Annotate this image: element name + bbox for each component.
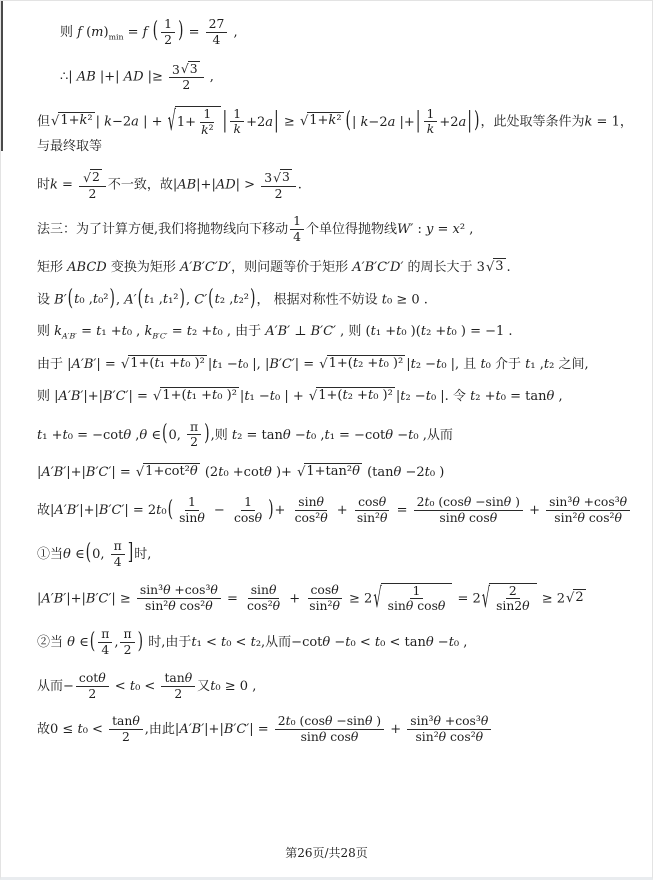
delimited-group: (1sinθ − 1cosθ) [167, 495, 275, 526]
fraction: sin³θ +cos³θsin²θ cos²θ [546, 495, 630, 526]
math-run: = [392, 503, 411, 518]
fraction: 1k [424, 107, 438, 138]
math-run: 1 [188, 495, 196, 509]
math-run: |t₁ −t₀ |, |B′C′| = [208, 357, 318, 372]
sqrt-radical: √3 [181, 61, 200, 77]
group-content: 1sinθ − 1cosθ [174, 495, 267, 526]
text-run: 但 [37, 114, 50, 129]
math-run: 2 [89, 187, 97, 201]
math-run: −cotθ −t₀ < t₀ < tanθ −t₀ , [291, 635, 467, 650]
text-run: 变换为矩形 [107, 260, 180, 275]
text-run: 法三：为了计算方便,我们将抛物线向下移动 [37, 222, 288, 237]
denominator: cos²θ [244, 599, 283, 614]
open-delimiter: ( [161, 419, 168, 450]
sqrt-radical: √3 [273, 169, 292, 185]
numerator: 27 [206, 17, 228, 33]
math-run: sinθ [251, 583, 277, 597]
close-delimiter: ) [267, 495, 274, 526]
delimited-group: |1k+2a| [415, 107, 473, 138]
group-content: 0, π4 [92, 539, 127, 570]
math-run: 2 [92, 170, 100, 184]
math-run: |t₂ −t₀ |, [406, 357, 459, 372]
math-run: ∴| AB |+| AD |≥ [60, 69, 167, 84]
fraction: π4 [111, 539, 125, 570]
math-run: 3 [282, 170, 290, 184]
text-run: 故 [37, 722, 50, 737]
group-content: 1k+2a [228, 107, 273, 138]
text-run: 则 [37, 389, 54, 404]
math-run: . [298, 178, 302, 193]
math-run: cosθ [234, 511, 262, 525]
math-run: 1 [427, 107, 435, 121]
numerator: sinθ [295, 495, 327, 511]
math-run: 2 [190, 435, 198, 449]
text-run: ①当 [37, 547, 63, 562]
fraction: cosθsin²θ [306, 583, 343, 614]
numerator: 1 [424, 107, 438, 123]
math-line-6: 矩形 ABCD 变换为矩形 A′B′C′D′，则问题等价于矩形 A′B′C′D′… [37, 258, 638, 277]
math-run: | k−2a | + [96, 114, 167, 129]
text-run: 个单位得抛物线 [306, 222, 397, 237]
math-run: t₁ ,t₂ [525, 357, 554, 372]
group-content: π4,π2 [96, 627, 136, 658]
denominator: sinθ [176, 511, 208, 526]
page-number: 第26页/共28页 [285, 846, 368, 860]
math-line-8: 则 kA′B′ = t₁ +t₀ , kB′C′ = t₂ +t₀ , 由于 A… [37, 323, 638, 342]
group-content: t₀ ,t₀² [74, 291, 108, 309]
math-run: , [206, 69, 214, 84]
numerator: 1 [161, 17, 175, 33]
sqrt-radical: √1+1k² [168, 106, 221, 138]
text-run: 之间, [554, 357, 588, 372]
math-run: 0, [92, 547, 109, 562]
radicand: 1sinθ cosθ [381, 583, 453, 615]
sqrt-radical: √1+k² [300, 112, 344, 129]
text-run: ，此处取等条件为 [481, 114, 585, 129]
math-run: t₀ ,t₀² [74, 292, 108, 307]
math-run: t₀ ≥ 0 . [382, 293, 428, 308]
open-delimiter: ( [89, 627, 96, 658]
math-run: 2 [275, 187, 283, 201]
math-run: 2t₀ (cosθ −sinθ ) [278, 714, 381, 728]
math-run: 4 [213, 33, 221, 47]
math-run: 0, [168, 427, 185, 442]
math-run: f (m) [77, 25, 108, 40]
math-run: t₂ = tanθ −t₀ ,t₁ = −cotθ −t₀ [232, 427, 419, 442]
math-run: t₀ [480, 357, 490, 372]
math-line-15: |A′B′|+|B′C′| ≥ sin³θ +cos³θsin²θ cos²θ … [37, 583, 638, 615]
math-content: 则 f (m)min = f (12) = 274 ,∴| AB |+| AD … [1, 1, 652, 745]
math-run: + [525, 503, 544, 518]
math-run: 4 [114, 555, 122, 569]
math-run: 2t₀ (cosθ −sinθ ) [417, 495, 520, 509]
radicand: 1+k² [58, 112, 94, 129]
sqrt-radical: √2sin2θ [482, 583, 537, 615]
math-run: 3 [190, 62, 198, 76]
math-run: , [114, 635, 118, 650]
document-page: 则 f (m)min = f (12) = 274 ,∴| AB |+| AD … [0, 0, 653, 880]
math-run: t₁ +t₀ = −cotθ ,θ ∈ [37, 427, 161, 442]
fraction: 12 [161, 17, 175, 48]
math-run: 1 [244, 495, 252, 509]
delimited-group: |1k+2a| [222, 107, 280, 138]
sqrt-radical: √2 [566, 589, 586, 606]
group-content: 1k+2a [422, 107, 467, 138]
math-run: k = 1 [585, 114, 620, 129]
math-run: 2 [174, 687, 182, 701]
text-run: ,由此 [145, 722, 175, 737]
fraction: tanθ2 [161, 671, 195, 702]
math-run: +2a [246, 114, 273, 129]
close-delimiter: ) [249, 284, 256, 315]
delimited-group: (0, π4] [85, 539, 135, 570]
delimited-group: (π4,π2) [89, 627, 144, 658]
math-run: sin³θ +cos³θ [410, 714, 488, 728]
group-content: t₁ ,t₁² [144, 291, 178, 309]
delimited-group: (12) [152, 17, 185, 48]
math-line-9: 由于 |A′B′| = √1+(t₁ +t₀ )²|t₁ −t₀ |, |B′C… [37, 355, 638, 374]
text-run: 从而 [37, 679, 63, 694]
sqrt-radical: √1+(t₂ +t₀ )² [319, 355, 405, 372]
numerator: 1 [410, 584, 424, 600]
subscript: min [109, 32, 124, 41]
numerator: π [187, 420, 201, 436]
radicand: 3 [280, 169, 292, 185]
math-run: t₀ ≥ 0 , [210, 679, 256, 694]
denominator: 2 [86, 187, 100, 202]
math-run: |t₁ −t₀ | + [240, 389, 308, 404]
close-delimiter: ) [473, 106, 480, 137]
math-run: θ ∈ [63, 547, 85, 562]
numerator: tanθ [109, 714, 143, 730]
numerator: sin³θ +cos³θ [546, 495, 630, 511]
open-delimiter: ( [85, 538, 92, 569]
radicand: 1+(t₂ +t₀ )² [316, 387, 395, 404]
open-delimiter: ( [152, 17, 159, 48]
math-run: π [114, 539, 122, 553]
radicand: 1+(t₂ +t₀ )² [327, 355, 406, 372]
delimited-group: (0, π2) [161, 420, 211, 451]
math-run: = t₁ +t₀ , k [77, 324, 152, 339]
math-run: + [285, 591, 304, 606]
math-run: = t₂ +t₀ , [168, 324, 231, 339]
denominator: 2 [187, 435, 201, 450]
denominator: 4 [111, 555, 125, 570]
math-run: 2 [182, 78, 190, 92]
text-run: ,从而 [261, 635, 291, 650]
delimited-group: (t₁ ,t₁²) [137, 290, 186, 310]
denominator: sin²θ cos²θ [551, 511, 625, 526]
sqrt-radical: √2 [83, 169, 102, 185]
math-run: sinθ [179, 511, 205, 525]
math-run: , A′ [116, 293, 137, 308]
math-run: |t₂ −t₀ |. [396, 389, 449, 404]
math-run: sin²θ cos²θ [145, 599, 213, 613]
text-run: ,从而 [419, 427, 453, 442]
page-footer: 第26页/共28页 [1, 844, 652, 861]
math-run: sinθ cosθ [439, 511, 497, 525]
math-run: 0 ≤ t₀ < [50, 722, 107, 737]
math-run: tanθ [164, 671, 192, 685]
text-run: 时, [134, 547, 151, 562]
denominator: sin2θ [493, 599, 533, 614]
subscript: A′B′ [62, 331, 77, 340]
denominator: 2 [272, 187, 286, 202]
numerator: sin³θ +cos³θ [407, 714, 491, 730]
math-run: ≥ 2 [538, 591, 565, 606]
math-run: 1 [293, 214, 301, 228]
math-run: 27 [209, 17, 225, 31]
math-run: . [507, 260, 511, 275]
fraction: sinθcos²θ [292, 495, 331, 526]
text-run: 则 [60, 25, 77, 40]
scan-edge-artifact [1, 1, 3, 151]
math-run: ≥ [280, 114, 299, 129]
math-line-1: 则 f (m)min = f (12) = 274 , [37, 17, 638, 48]
group-content: 0, π2 [168, 420, 203, 451]
fraction: 1k² [198, 107, 216, 138]
math-run: sinθ [298, 495, 324, 509]
fraction: 14 [290, 214, 304, 245]
group-content: t₂ ,t₂² [215, 291, 249, 309]
math-run: A′B′C′D′ [352, 260, 403, 275]
numerator: 1 [185, 495, 199, 511]
math-run: 1+k² [309, 113, 341, 128]
math-run: sin²θ cos²θ [554, 511, 622, 525]
sqrt-radical: √1sinθ cosθ [373, 583, 452, 615]
math-run: sin²θ [357, 511, 388, 525]
math-run: k [233, 122, 240, 136]
math-run: 1+ [177, 115, 196, 130]
math-line-14: ①当θ ∈(0, π4]时, [37, 539, 638, 570]
numerator: π [111, 539, 125, 555]
close-delimiter: ) [177, 17, 184, 48]
math-run: tanθ [112, 714, 140, 728]
open-delimiter: ( [137, 284, 144, 315]
math-line-10: 则 |A′B′|+|B′C′| = √1+(t₁ +t₀ )²|t₁ −t₀ |… [37, 387, 638, 406]
math-run: 1+k² [60, 113, 92, 128]
math-run: 2 [122, 730, 130, 744]
math-line-3: 但√1+k²| k−2a | + √1+1k²|1k+2a| ≥ √1+k²(|… [37, 106, 638, 156]
math-line-16: ②当 θ ∈(π4,π2) 时,由于t₁ < t₀ < t₂,从而−cotθ −… [37, 627, 638, 658]
math-run: A′B′C′D′ [180, 260, 231, 275]
math-run: + [386, 722, 405, 737]
math-run: 2 [164, 33, 172, 47]
math-run: 1+(t₂ +t₀ )² [318, 388, 393, 403]
math-line-11: t₁ +t₀ = −cotθ ,θ ∈(0, π2),则 t₂ = tanθ −… [37, 420, 638, 451]
radicand: 3 [493, 258, 505, 275]
numerator: 1 [230, 107, 244, 123]
text-run: 令 [449, 389, 470, 404]
numerator: 1 [200, 107, 214, 123]
fraction: 3√32 [261, 169, 296, 201]
math-run: | k−2a |+ [352, 114, 415, 129]
open-delimiter: ( [345, 106, 352, 137]
math-run: sin³θ +cos³θ [549, 495, 627, 509]
sqrt-radical: √1+(t₁ +t₀ )² [153, 387, 239, 404]
fraction: 1sinθ [176, 495, 208, 526]
math-run: cosθ [311, 583, 339, 597]
numerator: π [120, 627, 134, 643]
math-run: 1 [233, 107, 241, 121]
denominator: sinθ cosθ [298, 730, 362, 745]
sqrt-radical: √1+tan²θ [297, 463, 362, 480]
math-run: k [54, 324, 62, 339]
math-run: − [210, 503, 229, 518]
math-line-13: 故|A′B′|+|B′C′| = 2t₀(1sinθ − 1cosθ)+ sin… [37, 495, 638, 526]
math-run: sin²θ cos²θ [415, 730, 483, 744]
math-run: 3 [477, 260, 485, 275]
text-run: 故 [37, 503, 50, 518]
math-run: 4 [293, 230, 301, 244]
math-line-17: 从而−cotθ2 < t₀ < tanθ2又t₀ ≥ 0 , [37, 671, 638, 702]
numerator: 2t₀ (cosθ −sinθ ) [275, 714, 384, 730]
open-delimiter: ( [167, 495, 174, 526]
math-run: |A′B′|+|B′C′| = 2t₀ [50, 503, 167, 518]
text-run: 介于 [491, 357, 525, 372]
denominator: 2 [179, 78, 193, 93]
fraction: 3√32 [169, 61, 204, 93]
math-line-18: 故0 ≤ t₀ < tanθ2,由此|A′B′|+|B′C′| = 2t₀ (c… [37, 714, 638, 745]
text-run: 则 [37, 324, 54, 339]
numerator: sinθ [248, 583, 280, 599]
math-run: |A′B′| = [67, 357, 120, 372]
math-run: ABCD [67, 260, 107, 275]
sqrt-radical: √1+(t₁ +t₀ )² [121, 355, 207, 372]
denominator: sin²θ [306, 599, 343, 614]
denominator: 2 [171, 687, 185, 702]
sqrt-radical: √3 [486, 258, 506, 275]
math-run: A′B′ ⊥ B′C′ , [265, 324, 344, 339]
close-delimiter: ) [137, 627, 144, 658]
math-run: π [123, 627, 131, 641]
math-line-4: 时k = √22不一致，故|AB|+|AD| > 3√32. [37, 169, 638, 201]
fraction: 2t₀ (cosθ −sinθ )sinθ cosθ [275, 714, 384, 745]
math-run: k [427, 122, 434, 136]
math-run: t₁ ,t₁² [144, 292, 178, 307]
math-run: t₁ < t₀ < t₂ [191, 635, 261, 650]
math-run: = 2 [453, 591, 480, 606]
math-run: 2 [509, 584, 517, 598]
math-run: 1+(t₁ +t₀ )² [130, 356, 205, 371]
numerator: 2t₀ (cosθ −sinθ ) [414, 495, 523, 511]
math-run: cotθ [79, 671, 106, 685]
text-run: 由于 [37, 357, 67, 372]
math-run: 1 [413, 584, 421, 598]
math-line-5: 法三：为了计算方便,我们将抛物线向下移动14个单位得抛物线W′ : y = x²… [37, 214, 638, 245]
fraction: 1k [230, 107, 244, 138]
math-run: sin2θ [496, 599, 530, 613]
math-run: B′ [54, 293, 67, 308]
close-delimiter: ) [203, 419, 210, 450]
text-run: 又 [197, 679, 210, 694]
denominator: sinθ cosθ [385, 599, 449, 614]
open-delimiter: | [222, 106, 229, 137]
denominator: cos²θ [292, 511, 331, 526]
radicand: 1+k² [307, 112, 343, 129]
numerator: cotθ [76, 671, 109, 687]
denominator: sinθ cosθ [436, 511, 500, 526]
math-run: , C′ [186, 293, 207, 308]
math-run: 1+tan²θ [306, 464, 360, 479]
math-run: cosθ [358, 495, 386, 509]
denominator: sin²θ cos²θ [142, 599, 216, 614]
fraction: sin³θ +cos³θsin²θ cos²θ [137, 583, 221, 614]
text-run: ②当 [37, 635, 67, 650]
radicand: 2 [573, 589, 585, 606]
math-run: 1+(t₂ +t₀ )² [329, 356, 404, 371]
math-run: sin³θ +cos³θ [140, 583, 218, 597]
radicand: 1+(t₁ +t₀ )² [160, 387, 239, 404]
math-run: + [333, 503, 352, 518]
denominator: cosθ [231, 511, 265, 526]
math-run: (tanθ −2t₀ ) [363, 465, 444, 480]
close-delimiter: | [466, 106, 473, 137]
fraction: 2sin2θ [493, 584, 533, 615]
delimited-group: (| k−2a |+|1k+2a|) [345, 107, 481, 138]
math-run: (2t₀ +cotθ )+ [201, 465, 296, 480]
math-run: 1 [203, 107, 211, 121]
subscript: B′C′ [152, 331, 167, 340]
sqrt-radical: √1+k² [51, 112, 95, 129]
math-run: sinθ cosθ [301, 730, 359, 744]
fraction: 1cosθ [231, 495, 265, 526]
radicand: 1+cot²θ [143, 463, 200, 480]
denominator: 4 [210, 33, 224, 48]
math-run: + [275, 503, 290, 518]
denominator: 2 [161, 33, 175, 48]
math-run: |AB|+|AD| > [173, 178, 259, 193]
math-run: sinθ cosθ [388, 599, 446, 613]
math-run: sin²θ [309, 599, 340, 613]
math-run: |A′B′|+|B′C′| = [54, 389, 152, 404]
numerator: 3√3 [169, 61, 204, 79]
math-run: t₂ ,t₂² [215, 292, 249, 307]
math-run: 3 [264, 171, 272, 185]
math-run: (t₁ +t₀ )(t₂ +t₀ ) = −1 . [366, 324, 513, 339]
numerator: 1 [290, 214, 304, 230]
text-run: 且 [459, 357, 480, 372]
numerator: cosθ [308, 583, 342, 599]
radicand: 2 [90, 169, 102, 185]
text-run: 设 [37, 293, 54, 308]
close-delimiter: ] [127, 538, 134, 569]
math-run: cos²θ [295, 511, 328, 525]
text-run: 由于 [231, 324, 265, 339]
math-run: |A′B′|+|B′C′| = [37, 465, 135, 480]
numerator: cosθ [355, 495, 389, 511]
fraction: cosθsin²θ [354, 495, 391, 526]
math-run: |A′B′|+|B′C′| = [175, 722, 273, 737]
math-run: 4 [101, 643, 109, 657]
close-delimiter: ) [179, 284, 186, 315]
text-run: 时 [37, 178, 50, 193]
radical-sign-icon: √ [373, 586, 381, 615]
math-run: cos²θ [247, 599, 280, 613]
math-run: 2 [88, 687, 96, 701]
math-run: = [223, 591, 242, 606]
text-run: ，则问题等价于矩形 [231, 260, 352, 275]
math-line-7: 设 B′(t₀ ,t₀²), A′(t₁ ,t₁²), C′(t₂ ,t₂²)，… [37, 290, 638, 310]
close-delimiter: ) [109, 284, 116, 315]
math-run: − [63, 679, 74, 694]
numerator: 3√3 [261, 169, 296, 187]
text-run: 则 [215, 427, 232, 442]
math-run: θ ∈ [67, 635, 89, 650]
radical-sign-icon: √ [168, 109, 176, 138]
math-run: π [101, 627, 109, 641]
math-run: 3 [495, 259, 503, 274]
